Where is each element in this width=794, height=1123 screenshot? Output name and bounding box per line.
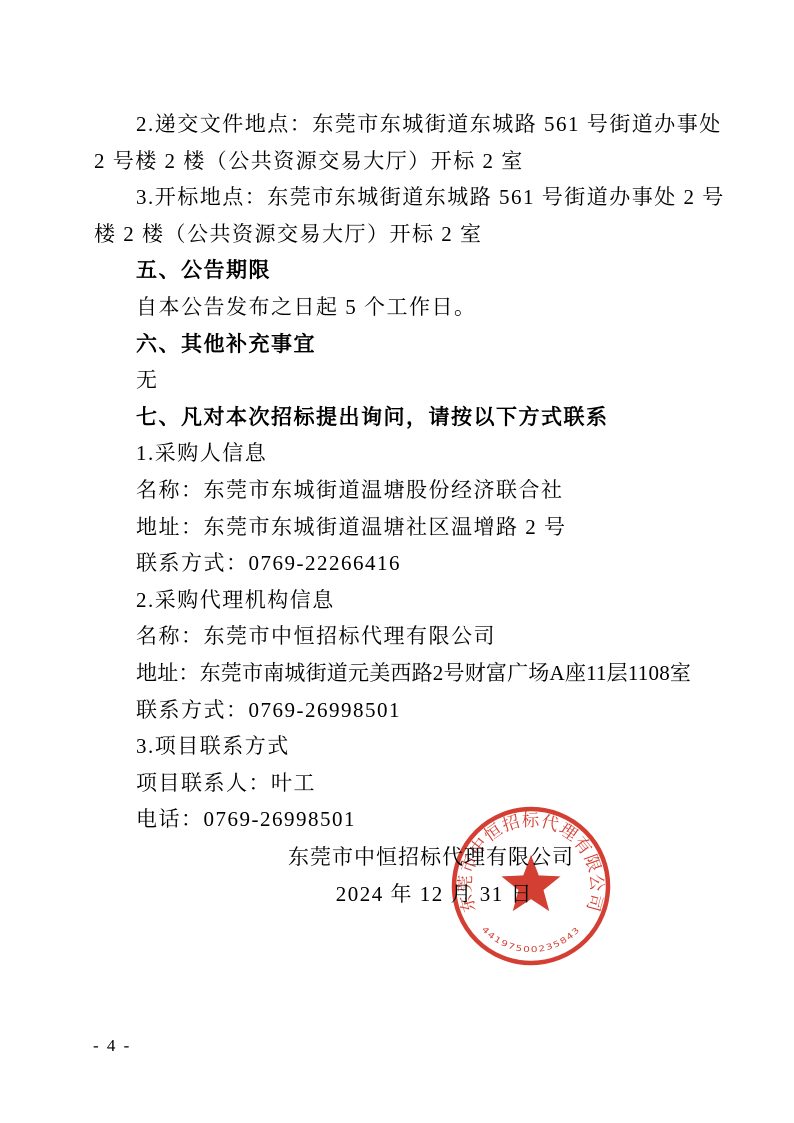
section-heading: 五、公告期限	[94, 252, 700, 289]
text-line: 3.项目联系方式	[94, 728, 700, 765]
text-line: 名称：东莞市东城街道温塘股份经济联合社	[94, 472, 700, 509]
section-heading: 七、凡对本次招标提出询问，请按以下方式联系	[94, 399, 700, 436]
text-line: 3.开标地点：东莞市东城街道东城路 561 号街道办事处 2 号	[94, 179, 700, 216]
text-line: 自本公告发布之日起 5 个工作日。	[94, 289, 700, 326]
text-line: 1.采购人信息	[94, 435, 700, 472]
text-line: 无	[94, 362, 700, 399]
signature-block: 东莞市中恒招标代理有限公司 2024 年 12 月 31 日	[94, 838, 700, 912]
text-line: 联系方式：0769-22266416	[94, 545, 700, 582]
text-line: 名称：东莞市中恒招标代理有限公司	[94, 618, 700, 655]
document-page: 2.递交文件地点：东莞市东城街道东城路 561 号街道办事处 2 号楼 2 楼（…	[0, 0, 794, 1123]
text-line: 2.递交文件地点：东莞市东城街道东城路 561 号街道办事处	[94, 106, 700, 143]
svg-text:44197500235843: 44197500235843	[480, 925, 582, 954]
seal-serial-number: 44197500235843	[480, 925, 582, 954]
text-line: 地址：东莞市东城街道温塘社区温增路 2 号	[94, 509, 700, 546]
body-text: 2.递交文件地点：东莞市东城街道东城路 561 号街道办事处 2 号楼 2 楼（…	[94, 106, 700, 912]
text-line: 项目联系人：叶工	[94, 765, 700, 802]
page-number: - 4 -	[93, 1036, 131, 1056]
text-line: 联系方式：0769-26998501	[94, 692, 700, 729]
text-line: 地址：东莞市南城街道元美西路2号财富广场A座11层1108室	[94, 655, 700, 692]
signature-company-name: 东莞市中恒招标代理有限公司	[94, 838, 700, 876]
text-line: 电话：0769-26998501	[94, 801, 700, 838]
signature-date: 2024 年 12 月 31 日	[94, 876, 700, 912]
text-line: 楼 2 楼（公共资源交易大厅）开标 2 室	[94, 216, 700, 253]
section-heading: 六、其他补充事宜	[94, 326, 700, 363]
text-line: 2.采购代理机构信息	[94, 582, 700, 619]
text-line: 2 号楼 2 楼（公共资源交易大厅）开标 2 室	[94, 143, 700, 180]
